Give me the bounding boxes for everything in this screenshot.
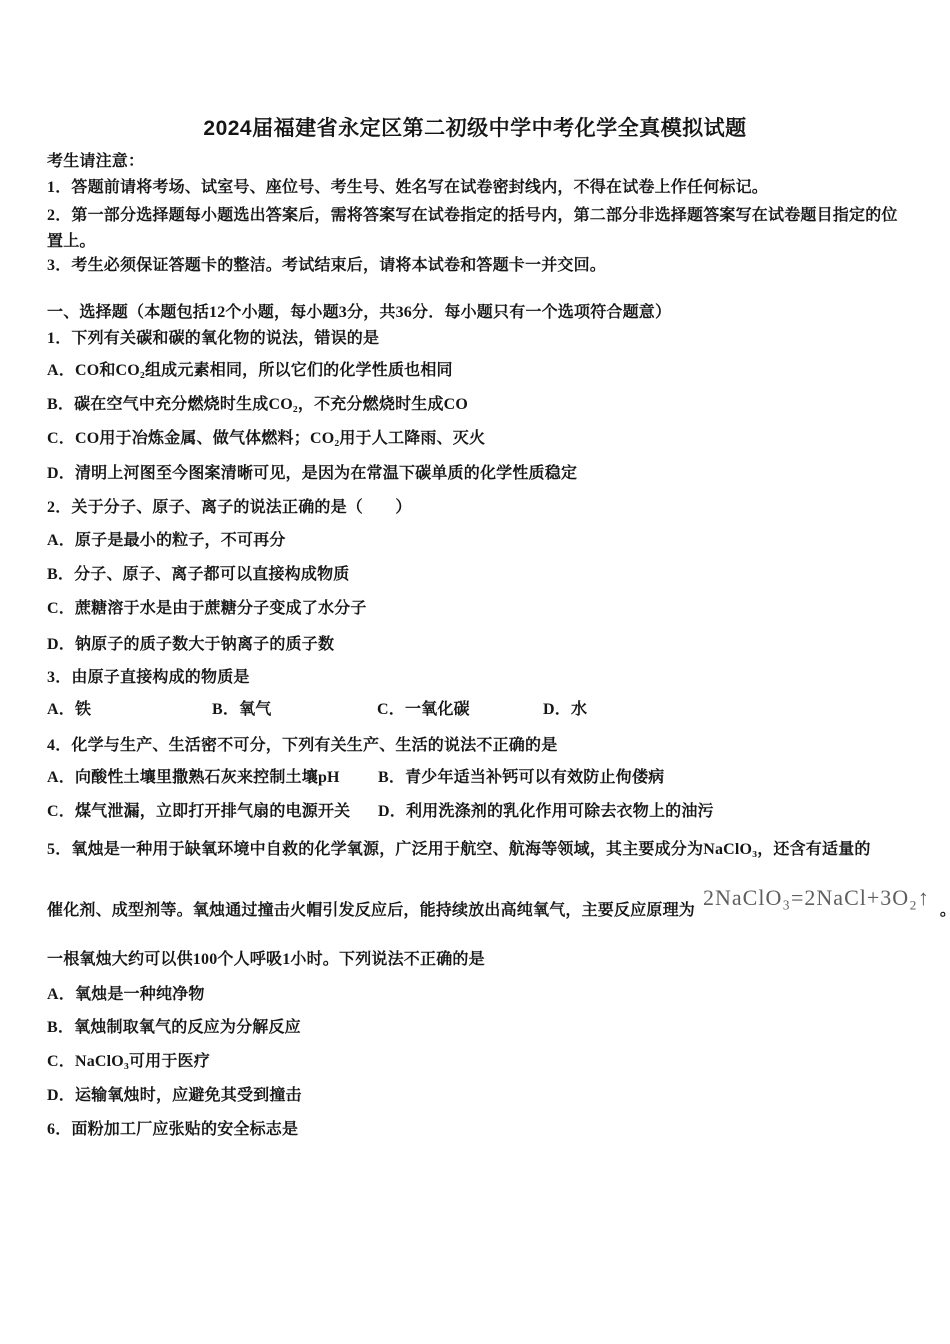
exam-paper-page: 2024届福建省永定区第二初级中学中考化学全真模拟试题 考生请注意： 1．答题前… [0, 0, 950, 1344]
question-2-option-d: D．钠原子的质子数大于钠离子的质子数 [47, 634, 334, 656]
question-5-option-d: D．运输氧烛时，应避免其受到撞击 [47, 1085, 302, 1107]
question-3-option-c: C．一氧化碳 [377, 699, 470, 721]
question-4-option-d: D．利用洗涤剂的乳化作用可除去衣物上的油污 [378, 801, 714, 823]
question-1-option-d: D．清明上河图至今图案清晰可见，是因为在常温下碳单质的化学性质稳定 [47, 463, 577, 485]
question-3-option-a: A．铁 [47, 699, 91, 721]
notice-heading: 考生请注意： [47, 151, 144, 173]
question-1-stem: 1．下列有关碳和碳的氧化物的说法，错误的是 [47, 328, 379, 350]
notice-item-3: 3．考生必须保证答题卡的整洁。考试结束后，请将本试卷和答题卡一并交回。 [47, 255, 606, 277]
question-4-options-row-1: A．向酸性土壤里撒熟石灰来控制土壤pH B．青少年适当补钙可以有效防止佝偻病 [47, 767, 917, 789]
section-heading: 一、选择题（本题包括12个小题，每小题3分，共36分．每小题只有一个选项符合题意… [47, 302, 671, 324]
question-2-option-a: A．原子是最小的粒子，不可再分 [47, 530, 286, 552]
question-1-option-c: C．CO用于冶炼金属、做气体燃料；CO₂用于人工降雨、灭火 [47, 428, 485, 450]
question-5-stem-line-2: 催化剂、成型剂等。氧烛通过撞击火帽引发反应后，能持续放出高纯氧气，主要反应原理为… [47, 897, 950, 922]
question-4-option-c: C．煤气泄漏，立即打开排气扇的电源开关 [47, 801, 350, 823]
question-4-options-row-2: C．煤气泄漏，立即打开排气扇的电源开关 D．利用洗涤剂的乳化作用可除去衣物上的油… [47, 801, 917, 823]
question-2-option-c: C．蔗糖溶于水是由于蔗糖分子变成了水分子 [47, 598, 367, 620]
question-2-stem: 2．关于分子、原子、离子的说法正确的是（ ） [47, 497, 412, 519]
equation-period: 。 [940, 900, 950, 922]
question-3-stem: 3．由原子直接构成的物质是 [47, 667, 250, 689]
question-5-stem-line-3: 一根氧烛大约可以供100个人呼吸1小时。下列说法不正确的是 [47, 949, 485, 971]
question-5-option-b: B．氧烛制取氧气的反应为分解反应 [47, 1017, 301, 1039]
question-2-option-b: B．分子、原子、离子都可以直接构成物质 [47, 564, 349, 586]
notice-item-1: 1．答题前请将考场、试室号、座位号、考生号、姓名写在试卷密封线内，不得在试卷上作… [47, 177, 768, 199]
chemical-equation: 2NaClO₃=2NaCl+3O₂↑ [703, 887, 930, 909]
question-4-option-b: B．青少年适当补钙可以有效防止佝偻病 [378, 767, 664, 789]
question-5-stem-line-1: 5．氧烛是一种用于缺氧环境中自救的化学氧源，广泛用于航空、航海等领域，其主要成分… [47, 839, 871, 861]
question-3-option-d: D．水 [543, 699, 587, 721]
page-title: 2024届福建省永定区第二初级中学中考化学全真模拟试题 [0, 112, 950, 142]
question-4-stem: 4．化学与生产、生活密不可分，下列有关生产、生活的说法不正确的是 [47, 735, 557, 757]
question-5-option-c: C．NaClO₃可用于医疗 [47, 1051, 210, 1073]
question-3-option-b: B．氧气 [212, 699, 271, 721]
question-5-option-a: A．氧烛是一种纯净物 [47, 984, 205, 1006]
question-3-options-row: A．铁 B．氧气 C．一氧化碳 D．水 [47, 699, 917, 721]
question-1-option-b: B．碳在空气中充分燃烧时生成CO₂，不充分燃烧时生成CO [47, 394, 468, 416]
question-5-stem-line-2-text: 催化剂、成型剂等。氧烛通过撞击火帽引发反应后，能持续放出高纯氧气，主要反应原理为 [47, 902, 695, 919]
notice-item-2: 2．第一部分选择题每小题选出答案后，需将答案写在试卷指定的括号内，第二部分非选择… [47, 203, 909, 255]
question-4-option-a: A．向酸性土壤里撒熟石灰来控制土壤pH [47, 767, 340, 789]
question-1-option-a: A．CO和CO₂组成元素相同，所以它们的化学性质也相同 [47, 360, 453, 382]
question-6-stem: 6．面粉加工厂应张贴的安全标志是 [47, 1119, 298, 1141]
